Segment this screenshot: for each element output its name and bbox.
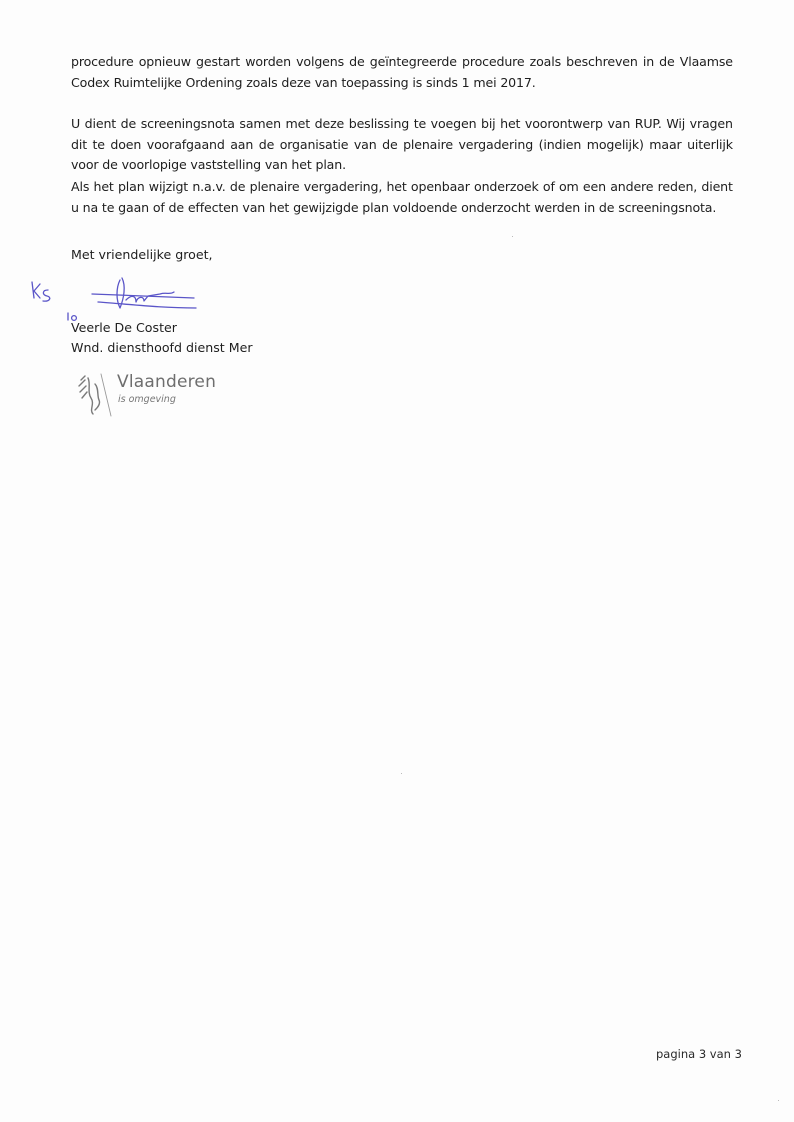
word: in — [643, 52, 654, 73]
word: de — [121, 114, 136, 135]
word: om — [559, 177, 579, 198]
word: het — [500, 114, 520, 135]
word: te — [93, 135, 105, 156]
word: voegen — [431, 114, 477, 135]
page-number: pagina 3 van 3 — [656, 1047, 742, 1061]
paragraph-procedure: procedureopnieuwgestartwordenvolgensdege… — [71, 52, 733, 93]
word: met — [286, 114, 311, 135]
word: een — [583, 177, 606, 198]
paragraph-plan-wijziging: Alshetplanwijzigtn.a.v.deplenairevergade… — [71, 177, 733, 218]
word: plenaire — [403, 135, 453, 156]
word: wijzigt — [149, 177, 188, 198]
word: maar — [649, 135, 681, 156]
logo-tagline: is omgeving — [118, 394, 176, 405]
word: procedure — [71, 52, 134, 73]
scan-speck — [512, 236, 513, 237]
word: of — [543, 177, 555, 198]
word: U — [71, 114, 80, 135]
word: Als — [71, 177, 89, 198]
word: het — [386, 177, 406, 198]
word: opnieuw — [139, 52, 191, 73]
word: de — [259, 135, 274, 156]
word: RUP. — [635, 114, 662, 135]
word: Vlaamse — [680, 52, 733, 73]
word: vergadering, — [304, 177, 382, 198]
word: dit — [71, 135, 87, 156]
document-page: procedureopnieuwgestartwordenvolgensdege… — [0, 0, 794, 1122]
word: worden — [245, 52, 291, 73]
word: dient — [701, 177, 732, 198]
word: onderzoek — [474, 177, 539, 198]
word: Wij — [666, 114, 685, 135]
signer-title: Wnd. diensthoofd dienst Mer — [71, 338, 253, 358]
vlaanderen-logo: Vlaanderen is omgeving — [75, 370, 235, 420]
word: voorafgaand — [147, 135, 225, 156]
paragraph-line: u na te gaan of de effecten van het gewi… — [71, 198, 733, 219]
word: voorontwerp — [525, 114, 603, 135]
word: (indien — [539, 135, 582, 156]
word: de — [659, 52, 674, 73]
word: andere — [610, 177, 653, 198]
signer-name: Veerle De Coster — [71, 318, 253, 338]
paragraph-line: Alshetplanwijzigtn.a.v.deplenairevergade… — [71, 177, 733, 198]
word: n.a.v. — [192, 177, 225, 198]
word: de — [382, 135, 397, 156]
word: plan — [118, 177, 145, 198]
flemish-lion-icon — [75, 370, 115, 420]
scan-speck — [778, 1100, 779, 1101]
word: vergadering — [458, 135, 533, 156]
word: de — [230, 177, 245, 198]
paragraph-line: voor de voorlopige vaststelling van het … — [71, 155, 733, 176]
word: van — [607, 114, 630, 135]
word: plenaire — [250, 177, 300, 198]
paragraph-line: Udientdescreeningsnotasamenmetdezebeslis… — [71, 114, 733, 135]
word: deze — [315, 114, 345, 135]
scan-speck — [300, 205, 301, 206]
word: geïntegreerde — [370, 52, 457, 73]
paragraph-screeningsnota: Udientdescreeningsnotasamenmetdezebeslis… — [71, 114, 733, 176]
word: van — [354, 135, 377, 156]
word: mogelijk) — [587, 135, 644, 156]
word: beschreven — [566, 52, 638, 73]
closing-greeting: Met vriendelijke groet, — [71, 247, 213, 262]
signer-block: Veerle De Coster Wnd. diensthoofd dienst… — [71, 318, 253, 358]
word: doen — [110, 135, 141, 156]
word: zoals — [530, 52, 561, 73]
word: gestart — [196, 52, 240, 73]
logo-title: Vlaanderen — [117, 372, 216, 392]
word: beslissing — [349, 114, 409, 135]
word: volgens — [296, 52, 344, 73]
word: vragen — [690, 114, 733, 135]
word: uiterlijk — [687, 135, 733, 156]
word: openbaar — [411, 177, 470, 198]
word: procedure — [462, 52, 525, 73]
word: screeningsnota — [141, 114, 235, 135]
word: het — [93, 177, 113, 198]
word: aan — [230, 135, 253, 156]
word: bij — [481, 114, 496, 135]
word: de — [349, 52, 364, 73]
word: organisatie — [280, 135, 349, 156]
word: samen — [239, 114, 281, 135]
word: dient — [85, 114, 116, 135]
scan-speck — [401, 773, 402, 774]
paragraph-line: dittedoenvoorafgaandaandeorganisatievand… — [71, 135, 733, 156]
word: reden, — [658, 177, 697, 198]
paragraph-line: procedureopnieuwgestartwordenvolgensdege… — [71, 52, 733, 73]
paragraph-line: Codex Ruimtelijke Ordening zoals deze va… — [71, 73, 733, 94]
word: te — [414, 114, 426, 135]
